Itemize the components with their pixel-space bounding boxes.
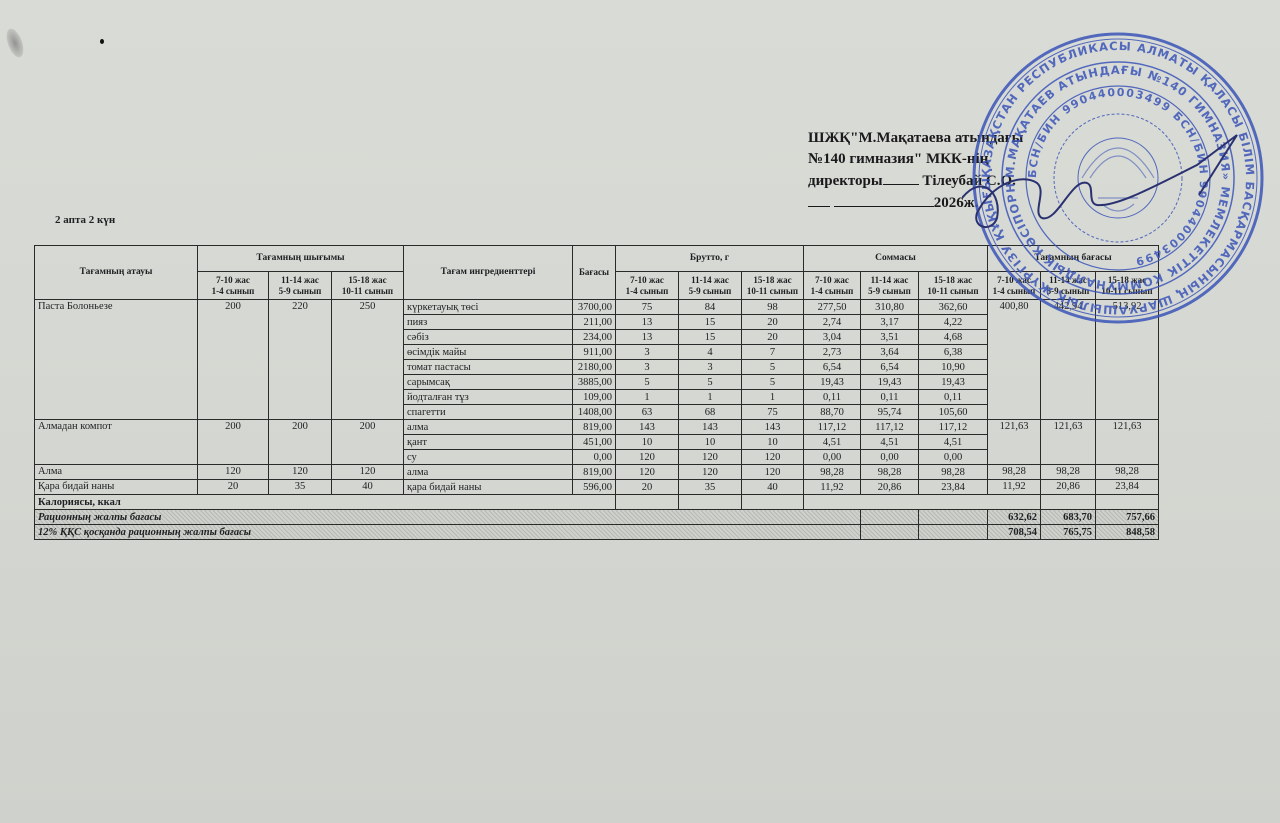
ingredient-gross: 10: [679, 435, 742, 450]
ingredient-name: спагетти: [404, 405, 573, 420]
ingredient-price: 3700,00: [573, 300, 616, 315]
dish-yield: 120: [198, 465, 269, 480]
dish-price: 98,28: [988, 465, 1041, 480]
approval-line-4: 2026ж.: [808, 192, 1023, 214]
ingredient-sum: 19,43: [804, 375, 861, 390]
ingredient-gross: 15: [679, 330, 742, 345]
calories-label: Калориясы, ккал: [35, 495, 616, 510]
ingredient-sum: 23,84: [919, 480, 988, 495]
ingredient-gross: 75: [742, 405, 804, 420]
ingredient-gross: 3: [616, 360, 679, 375]
header-sum-age-3: 15-18 жас10-11 сынып: [919, 272, 988, 300]
calories-row: Калориясы, ккал: [35, 495, 1159, 510]
table-row: Қара бидай наны203540қара бидай наны596,…: [35, 480, 1159, 495]
ingredient-sum: 2,74: [804, 315, 861, 330]
ingredient-name: су: [404, 450, 573, 465]
dish-price: 121,63: [1041, 420, 1096, 465]
approval-line-2: №140 гимназия" МКК-нің: [808, 149, 1023, 170]
header-sum-age-1: 7-10 жас1-4 сынып: [804, 272, 861, 300]
dish-price: 121,63: [1096, 420, 1159, 465]
ingredient-sum: 19,43: [861, 375, 919, 390]
ingredient-gross: 98: [742, 300, 804, 315]
approval-line-3: директоры Тілеубай С.О.: [808, 170, 1023, 192]
dish-price: 121,63: [988, 420, 1041, 465]
ingredient-price: 451,00: [573, 435, 616, 450]
vat-total-row: 12% ҚҚС қосқанда рационның жалпы бағасы7…: [35, 525, 1159, 540]
ingredient-sum: 4,51: [919, 435, 988, 450]
ingredient-gross: 1: [742, 390, 804, 405]
ingredient-sum: 105,60: [919, 405, 988, 420]
header-dish-price-age-1: 7-10 жас1-4 сынып: [988, 272, 1041, 300]
header-yield-age-3: 15-18 жас10-11 сынып: [332, 272, 404, 300]
ingredient-price: 819,00: [573, 420, 616, 435]
ingredient-sum: 310,80: [861, 300, 919, 315]
header-yield: Тағамның шығымы: [198, 246, 404, 272]
day-blank: [808, 192, 830, 207]
dish-yield: 35: [269, 480, 332, 495]
table-row: Алмадан компот200200200алма819,001431431…: [35, 420, 1159, 435]
dish-price: 98,28: [1041, 465, 1096, 480]
stamp-bin-text: БСН/БИН 990440003499 БСН/БИН 99044000349…: [1026, 86, 1210, 268]
vat-total-value: 708,54: [988, 525, 1041, 540]
header-price: Бағасы: [573, 246, 616, 300]
ingredient-gross: 20: [742, 315, 804, 330]
ingredient-price: 911,00: [573, 345, 616, 360]
vat-total-value: 848,58: [1096, 525, 1159, 540]
dish-price: 20,86: [1041, 480, 1096, 495]
scan-dot: [100, 39, 104, 44]
ingredient-gross: 68: [679, 405, 742, 420]
total-value: 632,62: [988, 510, 1041, 525]
ingredient-sum: 0,00: [804, 450, 861, 465]
ingredient-name: қант: [404, 435, 573, 450]
dish-yield: 220: [269, 300, 332, 420]
ingredient-gross: 10: [742, 435, 804, 450]
dish-price: 442,94: [1041, 300, 1096, 420]
ingredient-gross: 5: [742, 375, 804, 390]
month-blank: [834, 192, 934, 207]
ingredient-gross: 3: [679, 360, 742, 375]
ingredient-gross: 5: [616, 375, 679, 390]
ingredient-name: алма: [404, 420, 573, 435]
ingredient-gross: 84: [679, 300, 742, 315]
dish-yield: 20: [198, 480, 269, 495]
approval-line-1: ШЖҚ"М.Мақатаева атындағы: [808, 128, 1023, 149]
ingredient-gross: 40: [742, 480, 804, 495]
ingredient-gross: 10: [616, 435, 679, 450]
ingredient-gross: 5: [742, 360, 804, 375]
total-value: 683,70: [1041, 510, 1096, 525]
ingredient-gross: 1: [679, 390, 742, 405]
dish-price: 98,28: [1096, 465, 1159, 480]
ingredient-gross: 143: [742, 420, 804, 435]
ingredient-gross: 120: [616, 465, 679, 480]
total-row: Рационның жалпы бағасы632,62683,70757,66: [35, 510, 1159, 525]
header-gross: Брутто, г: [616, 246, 804, 272]
ingredient-price: 234,00: [573, 330, 616, 345]
ingredient-name: сәбіз: [404, 330, 573, 345]
ingredient-gross: 75: [616, 300, 679, 315]
ingredient-gross: 143: [616, 420, 679, 435]
ingredient-gross: 13: [616, 315, 679, 330]
header-dish-price-age-2: 11-14 жас5-9 сынып: [1041, 272, 1096, 300]
table-row: Паста Болоньезе200220250күркетауық төсі3…: [35, 300, 1159, 315]
ingredient-sum: 6,54: [804, 360, 861, 375]
ingredient-gross: 143: [679, 420, 742, 435]
dish-yield: 40: [332, 480, 404, 495]
ingredient-sum: 4,51: [804, 435, 861, 450]
ingredient-sum: 98,28: [919, 465, 988, 480]
emblem-icon: [1082, 148, 1154, 211]
dish-yield: 200: [332, 420, 404, 465]
ingredient-sum: 0,11: [861, 390, 919, 405]
scan-smudge: [3, 27, 26, 60]
ingredient-sum: 88,70: [804, 405, 861, 420]
header-dish-price: Тағамның бағасы: [988, 246, 1159, 272]
dish-name: Паста Болоньезе: [35, 300, 198, 420]
ingredient-sum: 11,92: [804, 480, 861, 495]
dish-yield: 250: [332, 300, 404, 420]
ingredient-gross: 120: [616, 450, 679, 465]
ingredient-sum: 277,50: [804, 300, 861, 315]
director-name: Тілеубай С.О.: [922, 173, 1016, 189]
ingredient-sum: 20,86: [861, 480, 919, 495]
menu-table: Тағамның атауы Тағамның шығымы Тағам инг…: [34, 245, 1159, 540]
approval-block: ШЖҚ"М.Мақатаева атындағы №140 гимназия" …: [808, 128, 1023, 214]
ingredient-sum: 4,51: [861, 435, 919, 450]
dish-price: 11,92: [988, 480, 1041, 495]
signature-blank: [883, 170, 919, 185]
ingredient-price: 109,00: [573, 390, 616, 405]
total-label: Рационның жалпы бағасы: [35, 510, 861, 525]
ingredient-name: йодталған тұз: [404, 390, 573, 405]
vat-total-value: 765,75: [1041, 525, 1096, 540]
ingredient-price: 2180,00: [573, 360, 616, 375]
ingredient-gross: 3: [616, 345, 679, 360]
ingredient-sum: 117,12: [861, 420, 919, 435]
ingredient-price: 819,00: [573, 465, 616, 480]
dish-yield: 200: [198, 420, 269, 465]
ingredient-name: сарымсақ: [404, 375, 573, 390]
header-yield-age-2: 11-14 жас5-9 сынып: [269, 272, 332, 300]
ingredient-gross: 35: [679, 480, 742, 495]
ingredient-gross: 120: [679, 450, 742, 465]
ingredient-gross: 120: [742, 450, 804, 465]
header-dish-name: Тағамның атауы: [35, 246, 198, 300]
dish-price: 400,80: [988, 300, 1041, 420]
ingredient-price: 1408,00: [573, 405, 616, 420]
ingredient-name: күркетауық төсі: [404, 300, 573, 315]
ingredient-gross: 7: [742, 345, 804, 360]
header-gross-age-2: 11-14 жас5-9 сынып: [679, 272, 742, 300]
dish-name: Алмадан компот: [35, 420, 198, 465]
menu-body: Паста Болоньезе200220250күркетауық төсі3…: [35, 300, 1159, 540]
ingredient-gross: 120: [742, 465, 804, 480]
ingredient-sum: 4,68: [919, 330, 988, 345]
ingredient-name: өсімдік майы: [404, 345, 573, 360]
ingredient-gross: 20: [616, 480, 679, 495]
day-label: 2 апта 2 күн: [55, 214, 115, 226]
ingredient-sum: 0,11: [804, 390, 861, 405]
ingredient-sum: 3,04: [804, 330, 861, 345]
dish-yield: 200: [198, 300, 269, 420]
ingredient-name: қара бидай наны: [404, 480, 573, 495]
dish-yield: 120: [332, 465, 404, 480]
dish-price: 513,92: [1096, 300, 1159, 420]
ingredient-gross: 5: [679, 375, 742, 390]
dish-price: 23,84: [1096, 480, 1159, 495]
header-sum-age-2: 11-14 жас5-9 сынып: [861, 272, 919, 300]
ingredient-sum: 6,38: [919, 345, 988, 360]
ingredient-gross: 1: [616, 390, 679, 405]
svg-text:БСН/БИН 990440003499 БСН/БИН 9: БСН/БИН 990440003499 БСН/БИН 99044000349…: [1026, 86, 1210, 268]
dish-name: Қара бидай наны: [35, 480, 198, 495]
ingredient-sum: 117,12: [919, 420, 988, 435]
ingredient-price: 3885,00: [573, 375, 616, 390]
ingredient-sum: 10,90: [919, 360, 988, 375]
ingredient-price: 596,00: [573, 480, 616, 495]
ingredient-sum: 3,17: [861, 315, 919, 330]
ingredient-sum: 2,73: [804, 345, 861, 360]
dish-yield: 200: [269, 420, 332, 465]
ingredient-name: пияз: [404, 315, 573, 330]
ingredient-gross: 4: [679, 345, 742, 360]
ingredient-sum: 19,43: [919, 375, 988, 390]
header-ingredients: Тағам ингредиенттері: [404, 246, 573, 300]
ingredient-gross: 63: [616, 405, 679, 420]
ingredient-price: 0,00: [573, 450, 616, 465]
ingredient-gross: 120: [679, 465, 742, 480]
approval-year: 2026ж.: [934, 195, 979, 211]
ingredient-gross: 13: [616, 330, 679, 345]
ingredient-gross: 20: [742, 330, 804, 345]
total-value: 757,66: [1096, 510, 1159, 525]
ingredient-sum: 3,64: [861, 345, 919, 360]
table-row: Алма120120120алма819,0012012012098,2898,…: [35, 465, 1159, 480]
ingredient-sum: 95,74: [861, 405, 919, 420]
header-dish-price-age-3: 15-18 жас10-11 сынып: [1096, 272, 1159, 300]
ingredient-sum: 3,51: [861, 330, 919, 345]
ingredient-name: томат пастасы: [404, 360, 573, 375]
ingredient-sum: 0,11: [919, 390, 988, 405]
header-yield-age-1: 7-10 жас1-4 сынып: [198, 272, 269, 300]
ingredient-sum: 6,54: [861, 360, 919, 375]
header-sum: Соммасы: [804, 246, 988, 272]
ingredient-sum: 0,00: [919, 450, 988, 465]
header-gross-age-3: 15-18 жас10-11 сынып: [742, 272, 804, 300]
ingredient-sum: 98,28: [804, 465, 861, 480]
vat-total-label: 12% ҚҚС қосқанда рационның жалпы бағасы: [35, 525, 861, 540]
header-gross-age-1: 7-10 жас1-4 сынып: [616, 272, 679, 300]
dish-yield: 120: [269, 465, 332, 480]
ingredient-sum: 117,12: [804, 420, 861, 435]
dish-name: Алма: [35, 465, 198, 480]
ingredient-price: 211,00: [573, 315, 616, 330]
ingredient-sum: 98,28: [861, 465, 919, 480]
ingredient-sum: 0,00: [861, 450, 919, 465]
ingredient-sum: 4,22: [919, 315, 988, 330]
ingredient-name: алма: [404, 465, 573, 480]
ingredient-sum: 362,60: [919, 300, 988, 315]
ingredient-gross: 15: [679, 315, 742, 330]
